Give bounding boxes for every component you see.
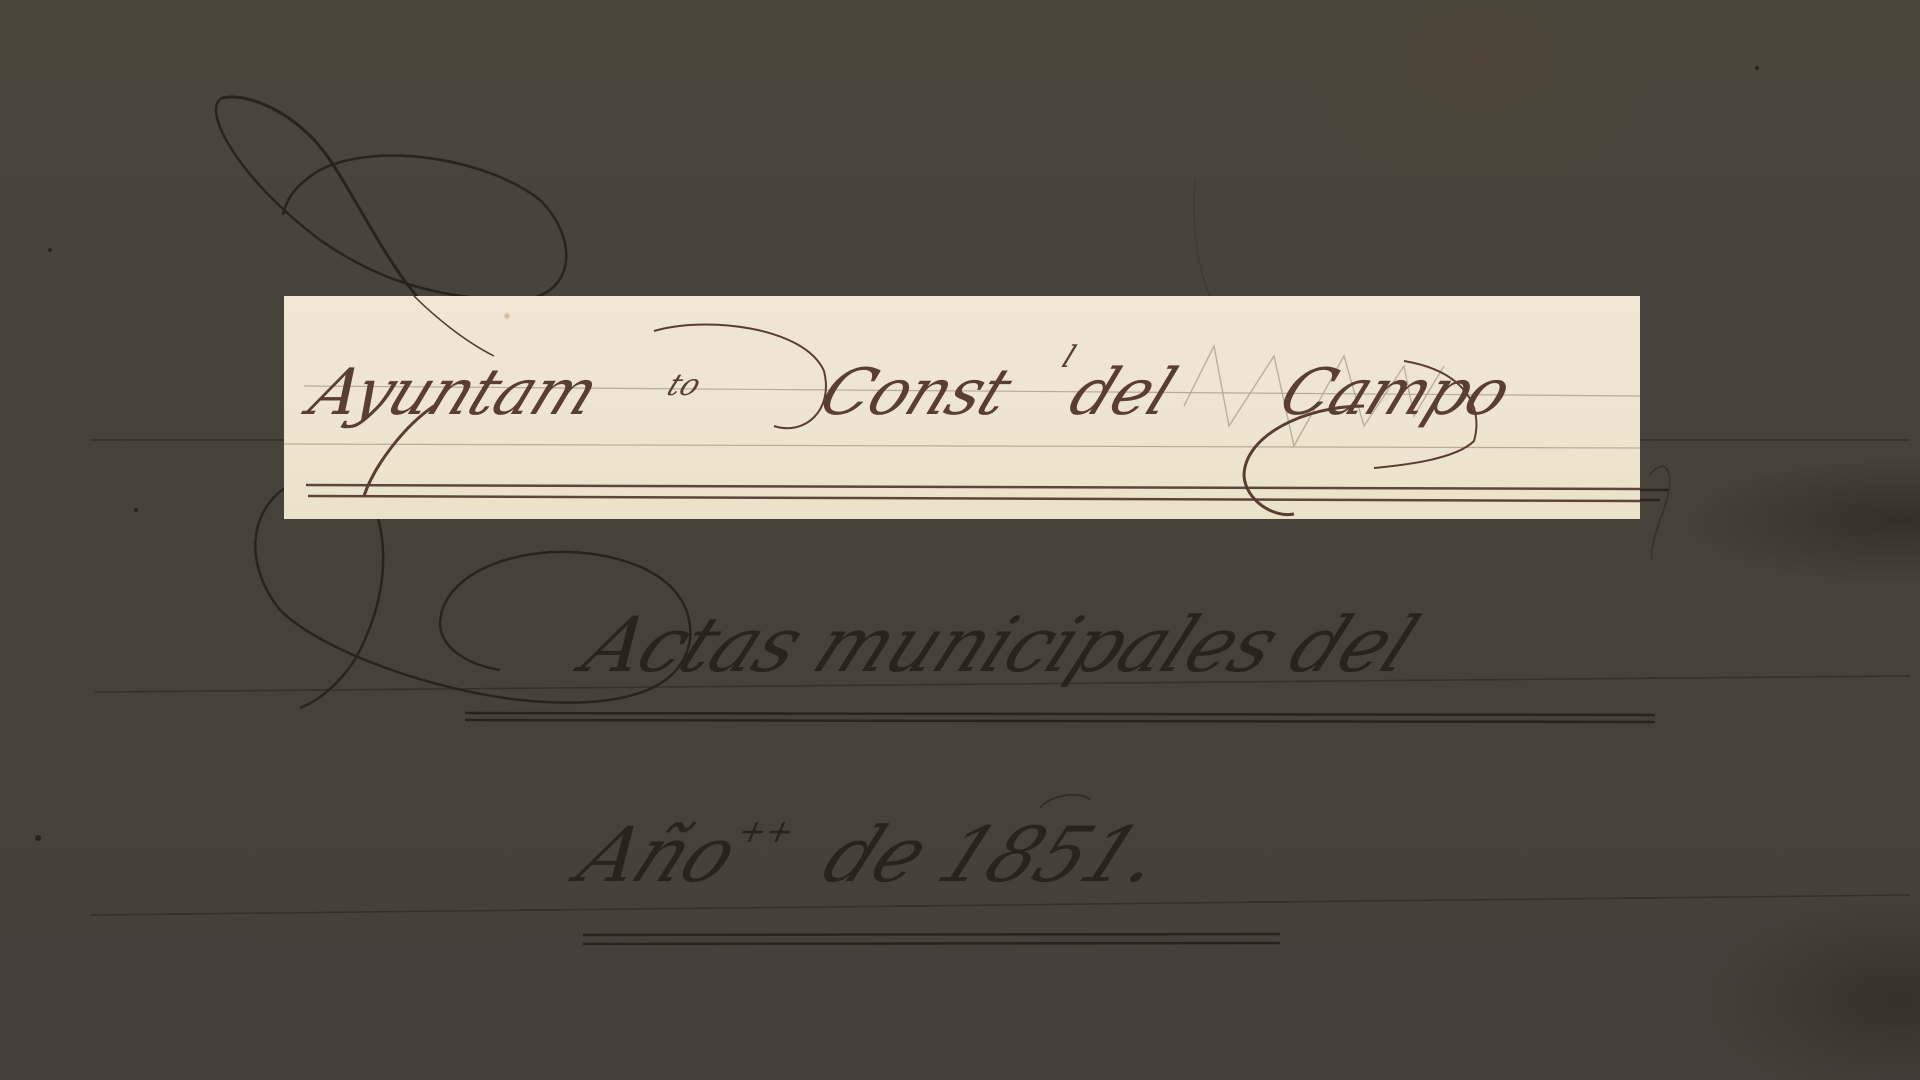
line-1-word-constitucional: Const xyxy=(809,356,1021,430)
highlighted-line-region: Ayuntam to Const l del Campo xyxy=(284,296,1640,519)
line-3-word-ano: Año xyxy=(565,810,751,899)
decorative-flourishes xyxy=(0,0,1920,1080)
line-2-text: Actas municipales del xyxy=(570,600,1431,689)
line-1-word-campo: Campo xyxy=(1269,356,1521,430)
line-1-word-ayuntamiento: Ayuntam xyxy=(299,356,609,430)
line-3-date: de 1851. xyxy=(810,810,1177,899)
manuscript-page: Ayuntam to Const l del Campo Actas munic… xyxy=(0,0,1920,1080)
ruled-lines xyxy=(0,0,1920,1080)
